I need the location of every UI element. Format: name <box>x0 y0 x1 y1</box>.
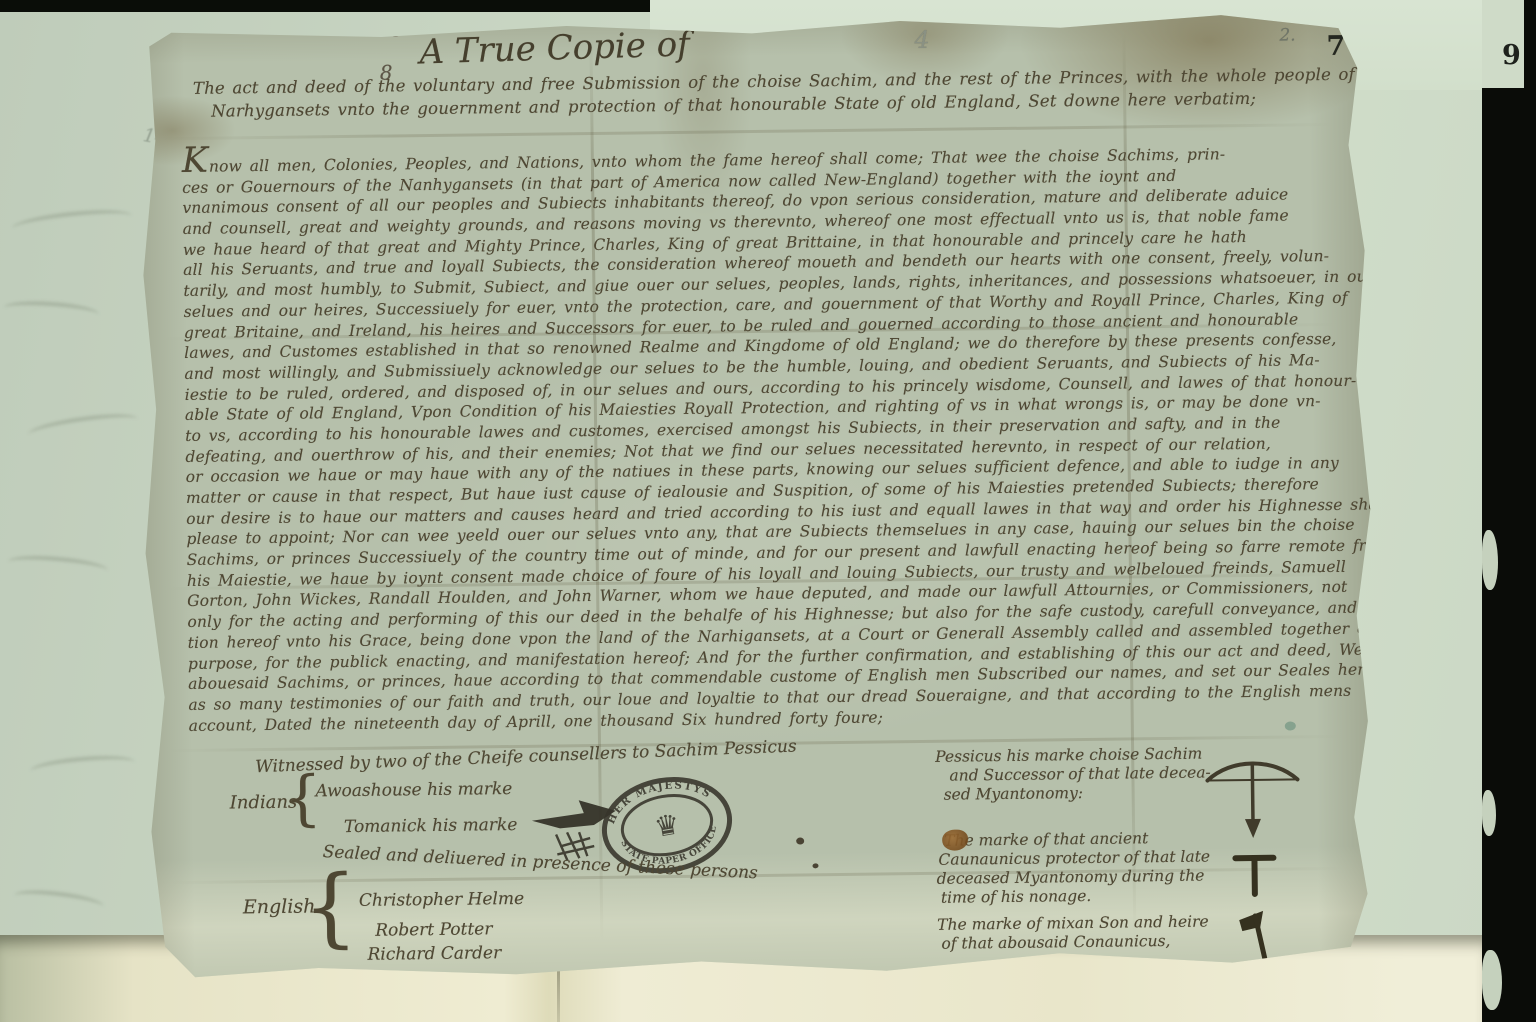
witness-name: Christopher Helme <box>359 889 524 911</box>
mark-caption-line: The marke of that ancient <box>944 829 1148 850</box>
bleed-through-writing <box>13 887 105 916</box>
crown-icon: ♛ <box>652 807 682 844</box>
photographed-manuscript-scene: 14 9 5 8 4 2. 7 A True Copie of The act … <box>0 0 1536 1022</box>
manuscript-page: 5 8 4 2. 7 A True Copie of The act and d… <box>134 10 1381 985</box>
witness-name: Tomanick his marke <box>344 815 518 837</box>
handwritten-page-number: 2. <box>1279 25 1295 45</box>
witness-name: Awoashouse his marke <box>315 779 512 801</box>
bleed-through-writing <box>27 409 139 443</box>
witness-name: Robert Potter <box>375 919 492 940</box>
stain-spot <box>1285 721 1296 730</box>
body-text: Know all men, Colonies, Peoples, and Nat… <box>182 143 1367 737</box>
ink-spot <box>812 863 818 868</box>
bleed-through-writing <box>7 553 108 580</box>
bleed-through-writing <box>11 206 132 238</box>
mark-caption-line: deceased Myantonomy during the <box>937 867 1205 889</box>
bleed-through-writing <box>3 299 99 324</box>
ink-spot <box>796 837 804 844</box>
mark-caption-line: and Successor of that late decea- <box>949 763 1211 785</box>
witness-name: Richard Carder <box>367 943 501 965</box>
adjacent-page-edge <box>1482 790 1496 836</box>
mark-caption-line: sed Myantonomy: <box>944 784 1084 805</box>
down-tack-mark <box>1230 848 1279 901</box>
mark-caption-line: of that abousaid Conaunicus, <box>941 932 1170 954</box>
adjacent-page-number: 9 <box>1502 40 1521 71</box>
fold-crease <box>160 123 1333 140</box>
hatchet-mark <box>1233 908 1280 963</box>
mark-caption-line: time of his nonage. <box>941 887 1092 908</box>
ink-folio-number: 4 <box>914 26 930 54</box>
brace-glyph: { <box>303 869 359 947</box>
binding-gutter: 9 <box>1482 0 1536 1022</box>
bleed-through-writing <box>29 752 135 780</box>
adjacent-page-edge <box>1482 530 1498 590</box>
bow-and-arrow-mark <box>1201 755 1304 844</box>
adjacent-page-edge <box>1482 950 1502 1010</box>
